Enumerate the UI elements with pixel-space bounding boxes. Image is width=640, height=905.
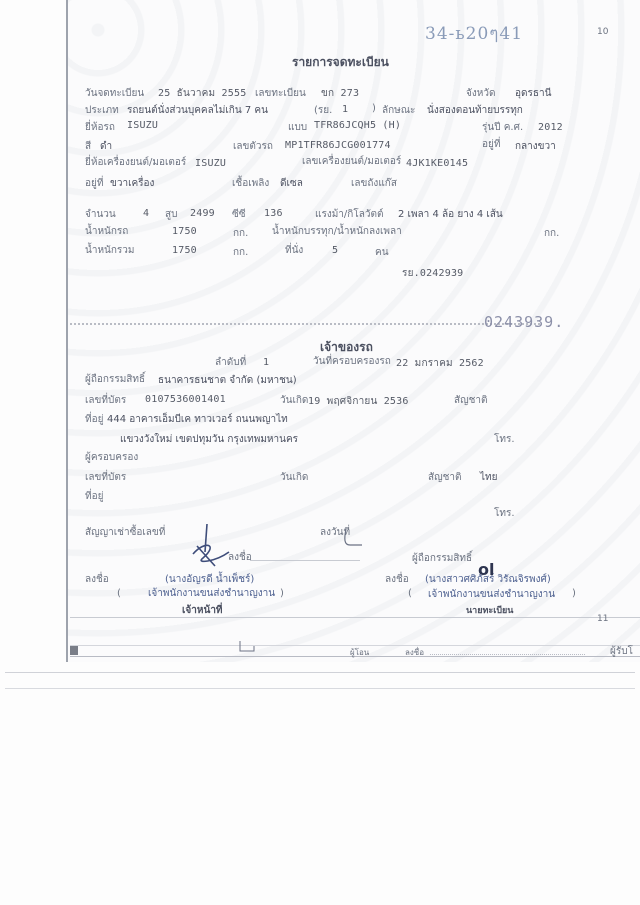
chassis-loc-label: อยู่ที่ — [482, 137, 500, 152]
page-number-top: 10 — [597, 27, 608, 37]
model: TFR86JCQH5 (H) — [314, 120, 401, 131]
cylinders: 4 — [143, 208, 149, 219]
phone-label: โทร. — [494, 432, 515, 447]
officer-title: เจ้าพนักงานขนส่งชำนาญงาน — [148, 586, 275, 601]
weight-label: น้ำหนักรถ — [85, 224, 128, 239]
vehicle-style: นั่งสองตอนท้ายบรรทุก — [427, 103, 523, 118]
model-year: 2012 — [538, 122, 563, 133]
count-label: จำนวน — [85, 207, 116, 222]
province-label: จังหวัด — [466, 86, 495, 101]
persons-unit: คน — [375, 245, 389, 260]
officer-sign-label-2: ลงชื่อ — [85, 572, 109, 587]
registrar-title: เจ้าพนักงานขนส่งชำนาญงาน — [428, 587, 555, 602]
horsepower: 136 — [264, 208, 283, 219]
year-label: รุ่นปี ค.ศ. — [482, 120, 523, 135]
payload-unit: กก. — [544, 226, 559, 241]
cc-label: ซีซี — [232, 207, 246, 222]
dotted-separator — [70, 323, 540, 325]
engine-brand-label: ยี่ห้อเครื่องยนต์/มอเตอร์ — [85, 155, 186, 170]
engine-number: 4JK1KE0145 — [406, 158, 468, 169]
gross-weight-unit: กก. — [233, 245, 248, 260]
plate-label: เลขทะเบียน — [255, 86, 306, 101]
engine-loc-label: อยู่ที่ — [85, 176, 103, 191]
officer-name: (นางอัญรดี น้ำเพ็ชร์) — [165, 572, 254, 587]
possessor-nationality-label: สัญชาติ — [428, 470, 462, 485]
svg-text:ol: ol — [478, 560, 494, 578]
brand: ISUZU — [127, 120, 158, 131]
style-label: ลักษณะ — [382, 103, 415, 118]
scanned-page: 34-ь20ๆ41 10 รายการจดทะเบียน วันจดทะเบีย… — [0, 0, 640, 905]
engine-location: ขวาเครื่อง — [110, 176, 154, 191]
registrar-signature: ol — [476, 560, 506, 578]
engine-cc: 2499 — [190, 208, 215, 219]
paren-open-2: ( — [408, 588, 412, 599]
officer-sign-label: ลงชื่อ — [228, 550, 252, 565]
page-rule-2 — [5, 688, 635, 689]
registrar-role: นายทะเบียน — [466, 603, 513, 617]
section-title-registration: รายการจดทะเบียน — [292, 53, 389, 72]
chassis-number: MP1TFR86JCG001774 — [285, 140, 391, 151]
seats: 5 — [332, 245, 338, 256]
scan-corner-mark — [70, 645, 78, 655]
possessor-dob-label: วันเกิด — [280, 470, 308, 485]
handwritten-number: 34-ь20ๆ41 — [425, 20, 523, 47]
possessor-address-label: ที่อยู่ — [85, 489, 103, 504]
order-label: ลำดับที่ — [215, 355, 246, 370]
officer-role: เจ้าหน้าที่ — [182, 603, 223, 618]
weight-unit: กก. — [233, 226, 248, 241]
holder-role-label: ผู้ถือกรรมสิทธิ์ — [412, 551, 472, 566]
engine-no-label: เลขเครื่องยนต์/มอเตอร์ — [302, 154, 401, 169]
possession-date: 22 มกราคม 2562 — [396, 356, 484, 371]
receiver-label: ผู้รับโ — [610, 644, 633, 659]
reg-date: 25 ธันวาคม 2555 — [158, 86, 246, 101]
fuel-label: เชื้อเพลิง — [232, 176, 269, 191]
color: ดำ — [100, 139, 112, 154]
payload-label: น้ำหนักบรรทุก/น้ำหนักลงเพลา — [272, 224, 402, 239]
plate: ขก 273 — [321, 86, 359, 101]
order-number: 1 — [263, 357, 269, 368]
ry-value: 1 — [342, 104, 348, 115]
paren-close-2: ) — [572, 588, 576, 599]
model-label: แบบ — [288, 120, 307, 135]
ry-label: (รย. — [314, 103, 332, 118]
form-code: รย.0242939 — [402, 266, 463, 281]
seats-label: ที่นั่ง — [285, 243, 303, 258]
chassis-label: เลขตัวรถ — [233, 139, 273, 154]
address-line1: 444 อาคารเอ็มบีเค ทาวเวอร์ ถนนพญาไท — [107, 412, 288, 427]
cylinder-label: สูบ — [165, 207, 177, 222]
footer-dotted-line — [430, 654, 585, 655]
gross-weight: 1750 — [172, 245, 197, 256]
type-label: ประเภท — [85, 103, 119, 118]
possessor-label: ผู้ครอบครอง — [85, 450, 138, 465]
possessor-nationality: ไทย — [480, 470, 497, 485]
nationality-label: สัญชาติ — [454, 393, 488, 408]
id-number: 0107536001401 — [145, 394, 226, 405]
bracket-mark — [238, 640, 258, 654]
axles-wheels: 2 เพลา 4 ล้อ ยาง 4 เส้น — [398, 207, 503, 222]
color-label: สี — [85, 139, 91, 154]
paren-open-1: ( — [117, 588, 121, 599]
vehicle-weight: 1750 — [172, 226, 197, 237]
reg-date-label: วันจดทะเบียน — [85, 86, 144, 101]
province: อุดรธานี — [515, 86, 551, 101]
registrar-sign-label: ลงชื่อ — [385, 572, 409, 587]
paren-close-1: ) — [280, 588, 284, 599]
possessor-id-label: เลขที่บัตร — [85, 470, 126, 485]
transferor-label: ผู้โอน — [350, 646, 369, 659]
dob: 19 พฤศจิกายน 2536 — [308, 394, 409, 409]
possession-date-label: วันที่ครอบครองรถ — [313, 354, 391, 369]
vehicle-type: รถยนต์นั่งส่วนบุคคลไม่เกิน 7 คน — [127, 103, 268, 118]
ry-close: ) — [372, 103, 376, 114]
page-rule-1 — [5, 672, 635, 673]
footer-separator — [70, 617, 640, 618]
holder-label: ผู้ถือกรรมสิทธิ์ — [85, 372, 145, 387]
sign-line — [250, 560, 360, 561]
page-number-bottom: 11 — [597, 614, 608, 624]
id-label: เลขที่บัตร — [85, 393, 126, 408]
address-line2: แขวงวังใหม่ เขตปทุมวัน กรุงเทพมหานคร — [120, 432, 298, 447]
handwritten-mark — [340, 525, 364, 551]
engine-brand: ISUZU — [195, 158, 226, 169]
horsepower-label: แรงม้า/กิโลวัตต์ — [315, 207, 383, 222]
dob-label: วันเกิด — [280, 393, 308, 408]
footer-sign-label: ลงชื่อ — [405, 646, 424, 659]
serial-stamp: 0243939. — [484, 313, 564, 331]
holder-name: ธนาคารธนชาต จำกัด (มหาชน) — [158, 373, 297, 388]
gas-tank-label: เลขถังแก๊ส — [351, 176, 397, 191]
possessor-phone-label: โทร. — [494, 506, 515, 521]
fuel: ดีเซล — [280, 176, 303, 191]
gross-weight-label: น้ำหนักรวม — [85, 243, 135, 258]
lease-label: สัญญาเช่าซื้อเลขที่ — [85, 525, 165, 540]
brand-label: ยี่ห้อรถ — [85, 120, 115, 135]
address-label: ที่อยู่ — [85, 412, 103, 427]
chassis-location: กลางขวา — [515, 139, 556, 154]
